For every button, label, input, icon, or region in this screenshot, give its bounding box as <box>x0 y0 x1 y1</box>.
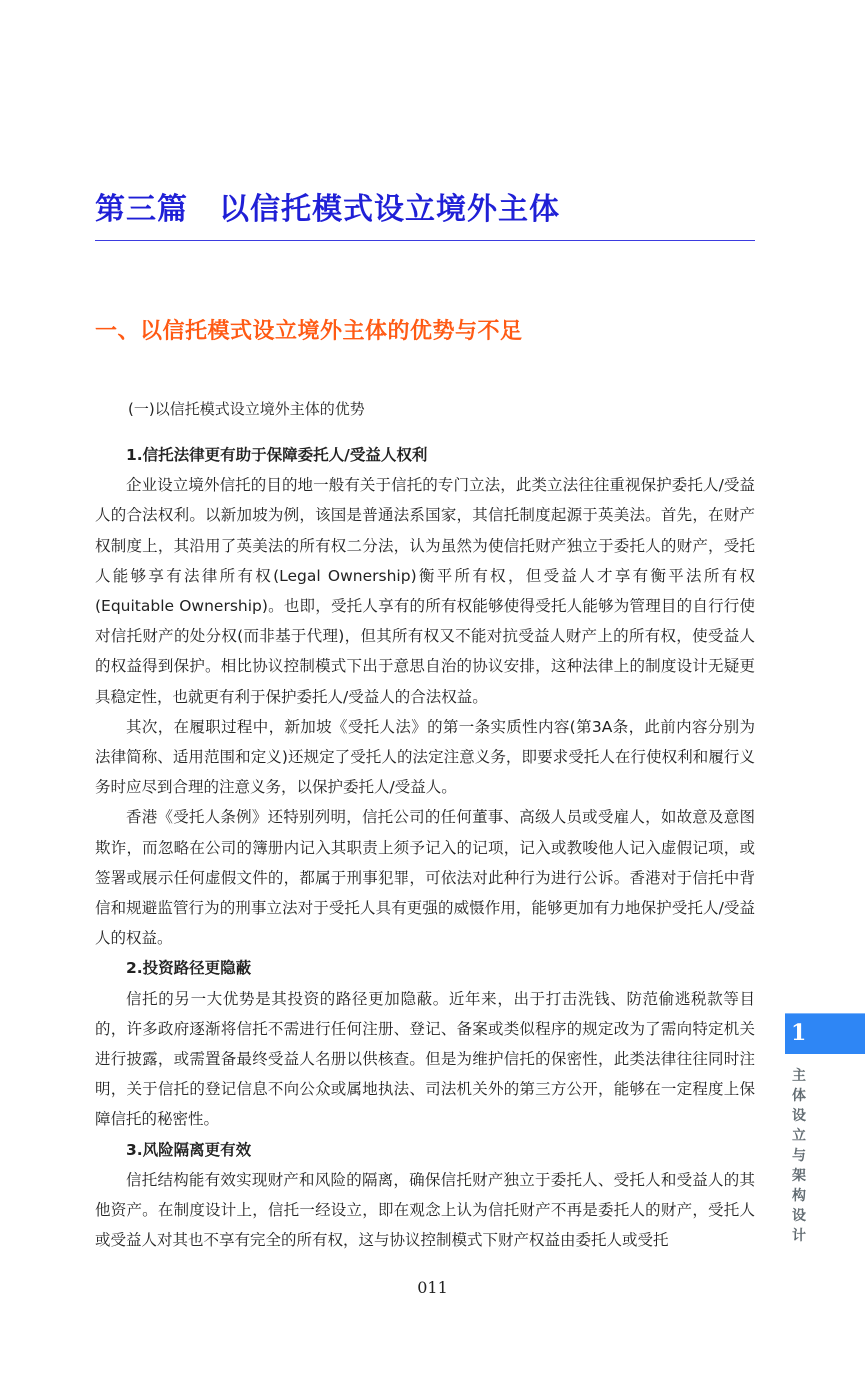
paragraph: 信托结构能有效实现财产和风险的隔离，确保信托财产独立于委托人、受托人和受益人的其… <box>95 1165 755 1256</box>
chapter-side-label: 主 体 设 立 与 架 构 设 计 <box>790 1066 808 1246</box>
side-label-char: 计 <box>790 1226 808 1246</box>
sub-heading-2: 2.投资路径更隐蔽 <box>95 953 755 983</box>
side-label-char: 体 <box>790 1086 808 1106</box>
side-label-char: 构 <box>790 1186 808 1206</box>
side-label-char: 设 <box>790 1206 808 1226</box>
paragraph: 香港《受托人条例》还特别列明，信托公司的任何董事、高级人员或受雇人，如故意及意图… <box>95 802 755 953</box>
paragraph: 其次，在履职过程中，新加坡《受托人法》的第一条实质性内容(第3A条，此前内容分别… <box>95 712 755 803</box>
side-label-char: 与 <box>790 1146 808 1166</box>
sub-heading-3: 3.风险隔离更有效 <box>95 1135 755 1165</box>
chapter-title: 第三篇 以信托模式设立境外主体 <box>95 188 560 232</box>
sub-heading-1: 1.信托法律更有助于保障委托人/受益人权利 <box>95 440 755 470</box>
side-label-char: 设 <box>790 1106 808 1126</box>
chapter-side-tab: 1 <box>785 1013 865 1054</box>
body-text: 1.信托法律更有助于保障委托人/受益人权利 企业设立境外信托的目的地一般有关于信… <box>95 440 755 1255</box>
subsection-heading: (一)以信托模式设立境外主体的优势 <box>128 396 365 422</box>
side-label-char: 主 <box>790 1066 808 1086</box>
title-divider <box>95 240 755 241</box>
side-label-char: 架 <box>790 1166 808 1186</box>
page-number: 011 <box>0 1278 865 1297</box>
chapter-number: 1 <box>791 1020 806 1046</box>
paragraph: 企业设立境外信托的目的地一般有关于信托的专门立法，此类立法往往重视保护委托人/受… <box>95 470 755 712</box>
paragraph: 信托的另一大优势是其投资的路径更加隐蔽。近年来，出于打击洗钱、防范偷逃税款等目的… <box>95 984 755 1135</box>
side-label-char: 立 <box>790 1126 808 1146</box>
section-heading: 一、以信托模式设立境外主体的优势与不足 <box>95 316 523 348</box>
